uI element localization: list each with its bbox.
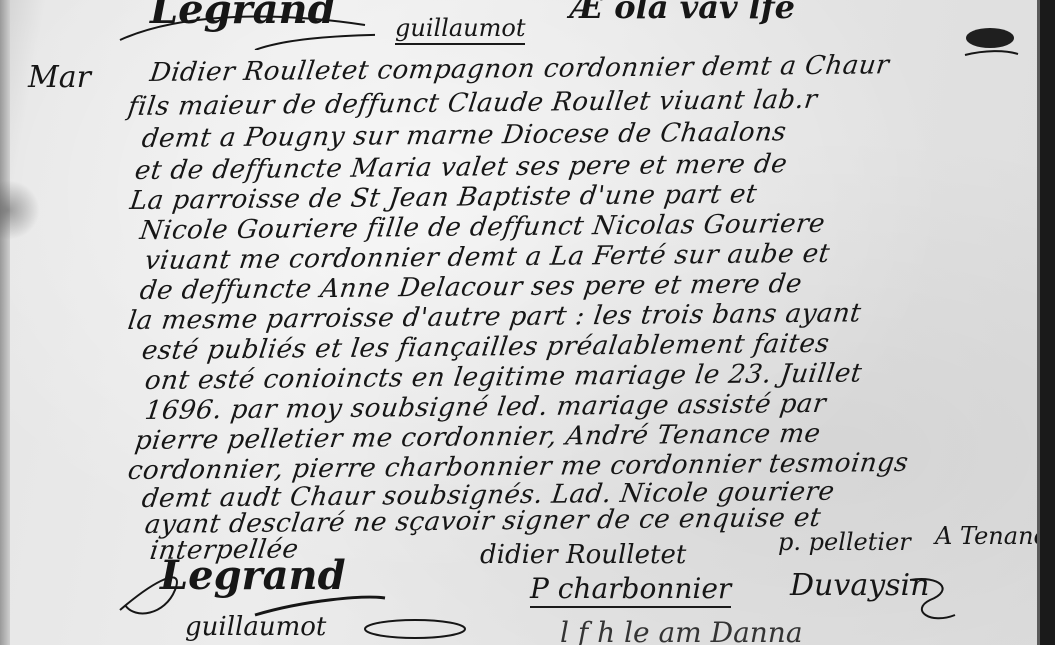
signature-flourish-guillaumot <box>360 615 480 645</box>
scanned-page: Legrand Ӕ ola vav lfe guillaumot Mar Did… <box>0 0 1040 645</box>
scribble-mark-top-right <box>960 20 1020 60</box>
signature-fragment-top-right: Ӕ ola vav lfe <box>570 0 795 26</box>
next-entry-fragment: l f h le am Danna <box>560 616 803 645</box>
margin-note-mariage: Mar <box>28 60 91 95</box>
page-left-edge <box>0 0 10 645</box>
signature-witness-pelletier: p. pelletier <box>778 528 911 556</box>
signature-flourish-top <box>115 5 375 50</box>
body-line-2: fils maieur de deffunct Claude Roullet v… <box>126 85 819 122</box>
signature-guillaumot-bottom: guillaumot <box>185 612 326 642</box>
signature-guillaumot-top: guillaumot <box>395 14 525 45</box>
scan-border <box>1040 0 1055 645</box>
signature-paraph-duvaysin <box>900 570 970 630</box>
signature-witness-charbonnier: P charbonnier <box>530 572 731 608</box>
signature-flourish-legrand <box>115 560 395 620</box>
body-line-1: Didier Roulletet compagnon cordonnier de… <box>148 50 891 88</box>
ink-stain <box>0 180 40 240</box>
signature-groom-didier: didier Roulletet <box>480 540 686 570</box>
body-line-3: demt a Pougny sur marne Diocese de Chaal… <box>140 117 788 154</box>
